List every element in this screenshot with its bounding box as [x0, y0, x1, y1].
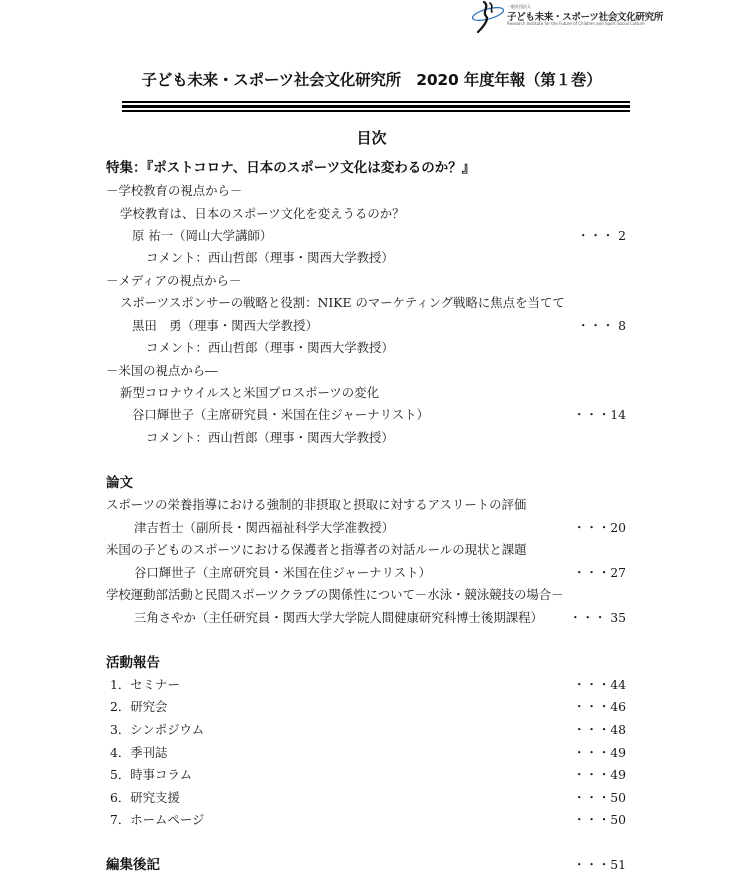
activities-heading: 活動報告 — [106, 653, 626, 673]
page-number: ・・・50 — [573, 810, 626, 830]
toc-comment: コメント：西山哲郎（理事・関西大学教授） — [106, 248, 626, 268]
page-number: ・・・48 — [573, 720, 626, 740]
title-rule — [122, 105, 630, 108]
toc-activity-item[interactable]: 3．シンポジウム ・・・48 — [106, 720, 626, 740]
toc-article[interactable]: スポーツスポンサーの戦略と役割：NIKE のマーケティング戦略に焦点を当てて — [106, 293, 626, 313]
toc-comment: コメント：西山哲郎（理事・関西大学教授） — [106, 428, 626, 448]
toc-author-entry[interactable]: 原 祐一（岡山大学講師） ・・・ 2 — [106, 226, 626, 246]
toc-author-entry[interactable]: 黒田 勇（理事・関西大学教授） ・・・ 8 — [106, 316, 626, 336]
logo-english-name: Research Institute for the Future of Chi… — [507, 21, 645, 26]
toc-heading: 目次 — [0, 127, 743, 148]
page-number: ・・・49 — [573, 765, 626, 785]
toc-paper-title[interactable]: スポーツの栄養指導における強制的非摂取と摂取に対するアスリートの評価 — [106, 495, 626, 515]
toc-activity-item[interactable]: 1．セミナー ・・・44 — [106, 675, 626, 695]
afterword-heading: 編集後記 — [106, 855, 160, 875]
page-number: ・・・ 35 — [569, 608, 626, 628]
institute-logo: 一般社団法人 子ども未来・スポーツ社会文化研究所 Research Instit… — [470, 0, 670, 34]
page-number: ・・・49 — [573, 743, 626, 763]
page-number: ・・・27 — [573, 563, 626, 583]
page-number: ・・・44 — [573, 675, 626, 695]
page-number: ・・・46 — [573, 697, 626, 717]
toc-viewpoint: －米国の視点から― — [106, 361, 626, 381]
toc-viewpoint: －メディアの視点から－ — [106, 271, 626, 291]
toc-paper-title[interactable]: 学校運動部活動と民間スポーツクラブの関係性について－水泳・競泳競技の場合－ — [106, 585, 626, 605]
page-number: ・・・51 — [573, 855, 626, 875]
toc-paper-title[interactable]: 米国の子どものスポーツにおける保護者と指導者の対話ルールの現状と課題 — [106, 540, 626, 560]
toc-activity-item[interactable]: 6．研究支援 ・・・50 — [106, 788, 626, 808]
runner-logo-icon — [470, 0, 506, 34]
page-number: ・・・ 2 — [577, 226, 626, 246]
toc-afterword[interactable]: 編集後記 ・・・51 — [106, 855, 626, 875]
page-number: ・・・50 — [573, 788, 626, 808]
title-rule — [122, 101, 630, 103]
toc-author-entry[interactable]: 三角さやか（主任研究員・関西大学大学院人間健康研究科博士後期課程） ・・・ 35 — [106, 608, 626, 628]
page-number: ・・・ 8 — [577, 316, 626, 336]
title-rule — [122, 110, 630, 112]
toc-activity-item[interactable]: 5．時事コラム ・・・49 — [106, 765, 626, 785]
toc-article[interactable]: 新型コロナウイルスと米国プロスポーツの変化 — [106, 383, 626, 403]
toc-activity-item[interactable]: 4．季刊誌 ・・・49 — [106, 743, 626, 763]
special-heading: 特集：『ポストコロナ、日本のスポーツ文化は変わるのか？』 — [106, 158, 626, 178]
toc-comment: コメント：西山哲郎（理事・関西大学教授） — [106, 338, 626, 358]
document-title: 子ども未来・スポーツ社会文化研究所 2020 年度年報（第１巻） — [0, 68, 743, 90]
toc-author-entry[interactable]: 谷口輝世子（主席研究員・米国在住ジャーナリスト） ・・・27 — [106, 563, 626, 583]
toc-article[interactable]: 学校教育は、日本のスポーツ文化を変えうるのか？ — [106, 204, 626, 224]
toc-author-entry[interactable]: 谷口輝世子（主席研究員・米国在住ジャーナリスト） ・・・14 — [106, 405, 626, 425]
toc-activity-item[interactable]: 7．ホームページ ・・・50 — [106, 810, 626, 830]
page-number: ・・・20 — [573, 518, 626, 538]
toc-viewpoint: －学校教育の視点から－ — [106, 181, 626, 201]
page-number: ・・・14 — [573, 405, 626, 425]
toc-author-entry[interactable]: 津吉哲士（副所長・関西福祉科学大学准教授） ・・・20 — [106, 518, 626, 538]
papers-heading: 論文 — [106, 473, 626, 493]
toc-activity-item[interactable]: 2．研究会 ・・・46 — [106, 697, 626, 717]
